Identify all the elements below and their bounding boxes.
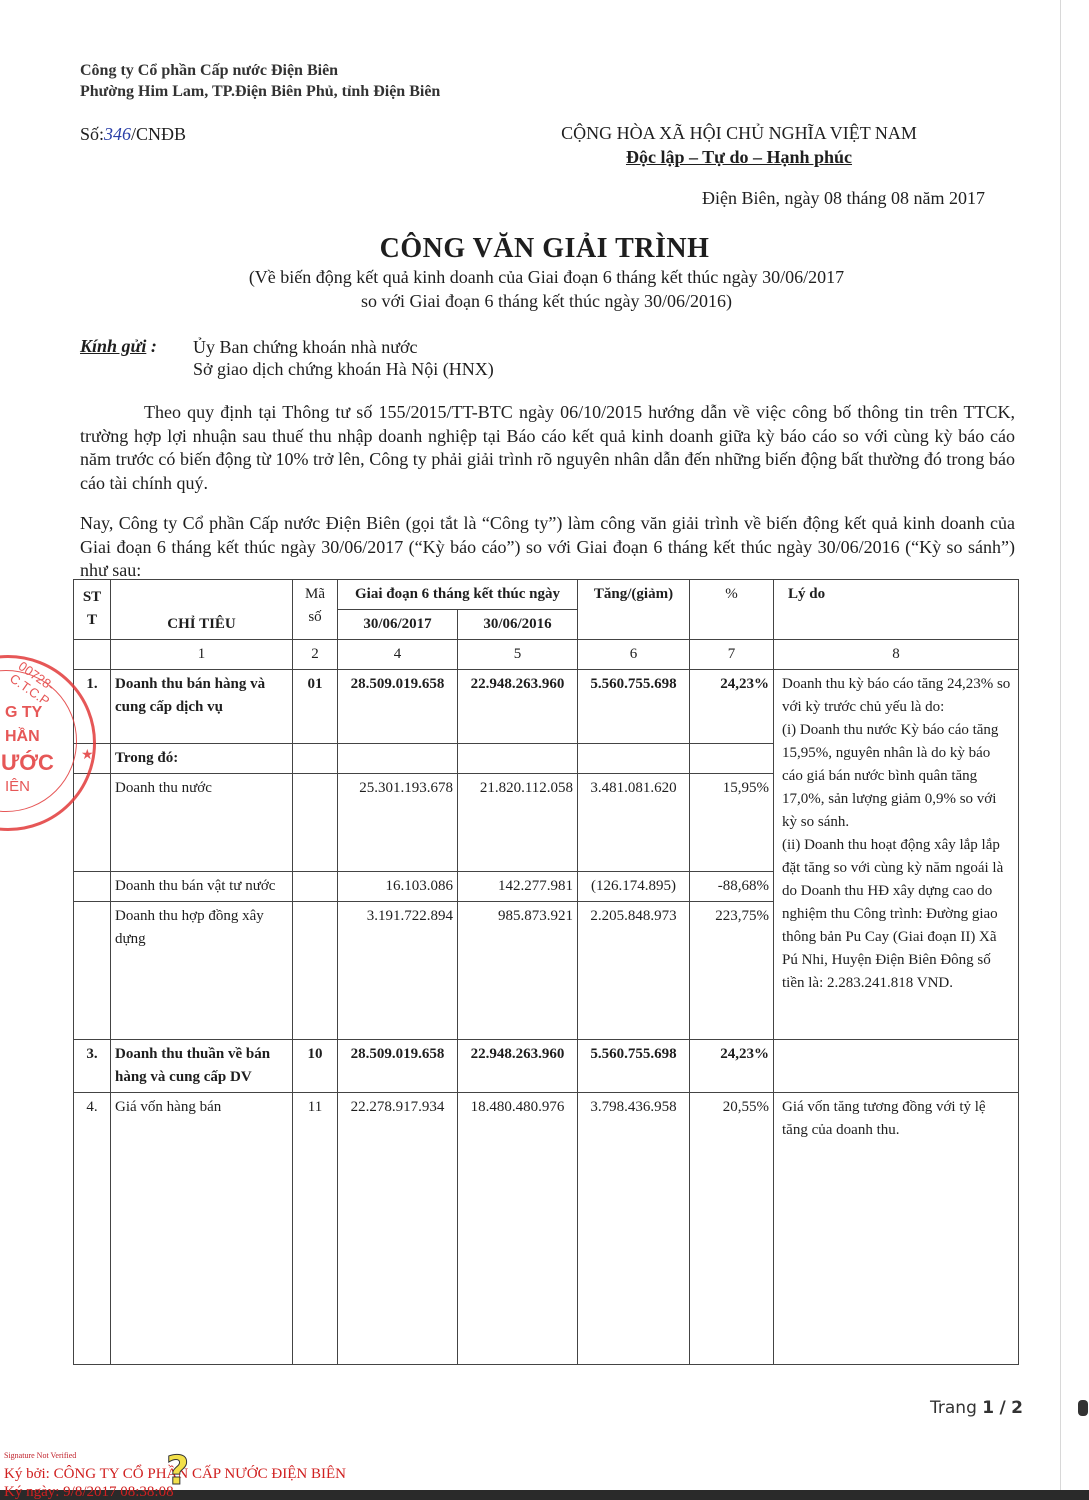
- nation-name: CỘNG HÒA XÃ HỘI CHỦ NGHĨA VIỆT NAM: [543, 121, 935, 145]
- header-change: Tăng/(giảm): [578, 580, 690, 610]
- document-title: CÔNG VĂN GIẢI TRÌNH: [0, 233, 1089, 265]
- header-reason: Lý do: [774, 580, 1019, 610]
- table-row: 4. Giá vốn hàng bán 11 22.278.917.934 18…: [74, 1093, 1019, 1365]
- page-indicator: Trang 1 / 2: [930, 1398, 1023, 1418]
- document-number: Số:346/CNĐB: [80, 124, 186, 145]
- column-number-row: 1 2 4 5 6 7 8: [74, 640, 1019, 670]
- table-header-row: ST T CHỈ TIÊU Mã số Giai đoạn 6 tháng kế…: [74, 580, 1019, 610]
- report-table: ST T CHỈ TIÊU Mã số Giai đoạn 6 tháng kế…: [73, 579, 1019, 1365]
- table-row: 1. Doanh thu bán hàng và cung cấp dịch v…: [74, 670, 1019, 744]
- header-stt: ST T: [74, 580, 111, 640]
- body-paragraph-2: Nay, Công ty Cổ phần Cấp nước Điện Biên …: [80, 512, 1015, 583]
- company-header: Công ty Cổ phần Cấp nước Điện Biên Phườn…: [80, 60, 440, 102]
- star-icon: ★: [81, 746, 94, 763]
- handwritten-number: 346: [104, 124, 131, 144]
- header-code: Mã số: [293, 580, 338, 640]
- national-header: CỘNG HÒA XÃ HỘI CHỦ NGHĨA VIỆT NAM Độc l…: [543, 121, 935, 169]
- header-period-prior: 30/06/2016: [458, 610, 578, 640]
- header-percent: %: [690, 580, 774, 610]
- recipient-item: Sở giao dịch chứng khoán Hà Nội (HNX): [193, 358, 494, 380]
- recipients-label: Kính gửi :: [80, 336, 157, 357]
- signature-status: Signature Not Verified: [4, 1451, 76, 1460]
- header-period-group: Giai đoạn 6 tháng kết thúc ngày: [338, 580, 578, 610]
- company-address: Phường Him Lam, TP.Điện Biên Phủ, tỉnh Đ…: [80, 81, 440, 102]
- reason-cogs: Giá vốn tăng tương đồng với tỷ lệ tăng c…: [774, 1093, 1019, 1365]
- recipient-item: Ủy Ban chứng khoán nhà nước: [193, 336, 494, 358]
- date-line: Điện Biên, ngày 08 tháng 08 năm 2017: [702, 188, 985, 209]
- header-indicator: CHỈ TIÊU: [111, 580, 293, 640]
- table-row: 3. Doanh thu thuần về bán hàng và cung c…: [74, 1040, 1019, 1093]
- scan-artifact: [1078, 1400, 1088, 1416]
- signed-date: Ký ngày: 9/8/2017 08:38:08: [4, 1484, 174, 1500]
- body-paragraph-1: Theo quy định tại Thông tư số 155/2015/T…: [80, 401, 1015, 495]
- recipients-list: Ủy Ban chứng khoán nhà nước Sở giao dịch…: [193, 336, 494, 380]
- company-name: Công ty Cổ phần Cấp nước Điện Biên: [80, 60, 440, 81]
- document-page: Công ty Cổ phần Cấp nước Điện Biên Phườn…: [0, 0, 1061, 1491]
- reason-revenue: Doanh thu kỳ báo cáo tăng 24,23% so với …: [774, 670, 1019, 1040]
- document-subtitle: (Về biến động kết quả kinh doanh của Gia…: [0, 265, 1089, 313]
- signature-unverified-icon[interactable]: ?: [166, 1448, 189, 1494]
- national-motto: Độc lập – Tự do – Hạnh phúc: [543, 145, 935, 169]
- header-period-current: 30/06/2017: [338, 610, 458, 640]
